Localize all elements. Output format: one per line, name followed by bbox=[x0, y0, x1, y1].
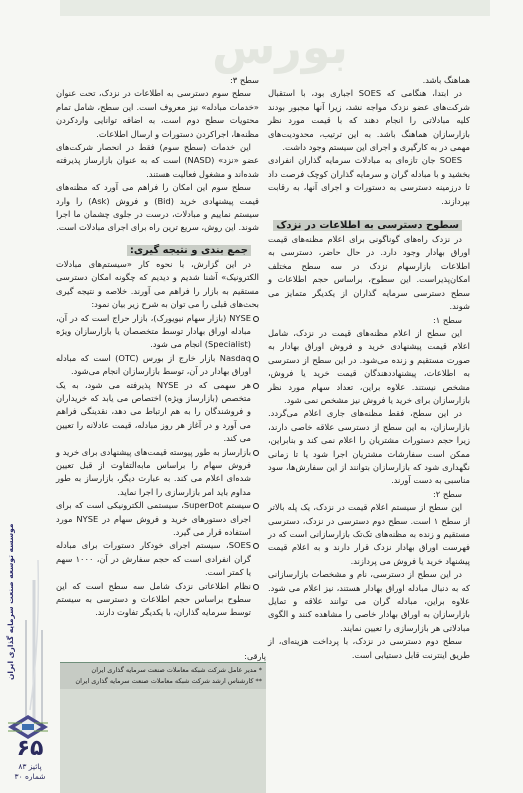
top-decorative-band bbox=[60, 0, 490, 16]
footnote-background bbox=[60, 676, 266, 793]
paragraph: در نزدک راه‌های گوناگونی برای اعلام مظنه… bbox=[268, 233, 470, 313]
decorative-lines-icon bbox=[20, 560, 50, 730]
paragraph: سطح سوم دسترسی به اطلاعات در نزدک، تحت ع… bbox=[56, 87, 259, 141]
conclusion-list: NYSE (بازار سهام نیویورک)، بازار حراج اس… bbox=[56, 312, 259, 620]
conclusion-heading-text: جمع بندی و نتیجه گیری: bbox=[127, 245, 251, 256]
publisher-name: موسسه توسعه صنعت سرمایه گذاری ایران bbox=[6, 590, 20, 680]
paragraph: این خدمات (سطح سوم) فقط در انحصار شرکت‌ه… bbox=[56, 141, 259, 181]
list-item: هر سهمی که در NYSE پذیرفته می شود، به یک… bbox=[56, 379, 259, 446]
footnotes-box: * مدیر عامل شرکت شبکه معاملات صنعت سرمای… bbox=[60, 663, 266, 689]
paragraph: در ابتدا، هنگامی که SOES اجباری بود، با … bbox=[268, 87, 470, 154]
paragraph: SOES جان تازه‌ای به مبادلات سرمایه گذارا… bbox=[268, 154, 470, 208]
paragraph: در این گزارش، با نحوه کار «سیستم‌های مبا… bbox=[56, 258, 259, 312]
paragraph: سطح سوم این امکان را فراهم می آورد که مظ… bbox=[56, 181, 259, 235]
issue-date: پائیز ۸۳ bbox=[8, 762, 52, 772]
left-column: سطح ۳: سطح سوم دسترسی به اطلاعات در نزدک… bbox=[56, 74, 259, 620]
level1-title: سطح ۱: bbox=[268, 314, 470, 327]
footnote-item: * مدیر عامل شرکت شبکه معاملات صنعت سرمای… bbox=[64, 665, 262, 676]
list-item: NYSE (بازار سهام نیویورک)، بازار حراج اس… bbox=[56, 312, 259, 352]
footnotes: پا‌رقی: * مدیر عامل شرکت شبکه معاملات صن… bbox=[60, 652, 266, 689]
level2-title: سطح ۲: bbox=[268, 488, 470, 501]
list-item: SOES، سیستم اجرای خودکار دستورات برای مب… bbox=[56, 539, 259, 579]
watermark: بورس bbox=[170, 22, 390, 72]
section-heading-text: سطوح دسترسی به اطلاعات در نزدک bbox=[273, 220, 462, 231]
list-item: بازارساز به طور پیوسته قیمت‌های پیشنهادی… bbox=[56, 446, 259, 500]
intro-line: هماهنگ باشد. bbox=[268, 74, 470, 87]
level3-title: سطح ۳: bbox=[56, 74, 259, 87]
list-item: Nasdaq بازار خارج از بورس (OTC) است که م… bbox=[56, 352, 259, 379]
list-item: نظام اطلاعاتی نزدک شامل سه سطح است که ای… bbox=[56, 580, 259, 620]
paragraph: در این سطح، فقط مظنه‌های جاری اعلام می‌گ… bbox=[268, 407, 470, 487]
conclusion-heading: جمع بندی و نتیجه گیری: bbox=[56, 243, 259, 258]
footnotes-title: پا‌رقی: bbox=[60, 652, 266, 663]
page-number: ۶۵ bbox=[10, 738, 50, 760]
list-item: سیستم SuperDot، سیستمی الکترونیکی است که… bbox=[56, 499, 259, 539]
section-heading: سطوح دسترسی به اطلاعات در نزدک bbox=[268, 218, 470, 233]
paragraph: این سطح از سیستم اعلام قیمت در نزدک، یک … bbox=[268, 501, 470, 568]
paragraph: سطح دوم دسترسی در نزدک، با پرداخت هزینه‌… bbox=[268, 635, 470, 662]
issue-info: پائیز ۸۳ شماره ۳۰ bbox=[8, 762, 52, 782]
footnote-item: ** کارشناس ارشد شرکت شبکه معاملات صنعت س… bbox=[64, 676, 262, 687]
paragraph: این سطح از اعلام مظنه‌های قیمت در نزدک، … bbox=[268, 327, 470, 407]
paragraph: در این سطح از دسترسی، نام و مشخصات بازار… bbox=[268, 568, 470, 635]
right-column: هماهنگ باشد. در ابتدا، هنگامی که SOES اج… bbox=[268, 74, 470, 662]
issue-number: شماره ۳۰ bbox=[8, 772, 52, 782]
